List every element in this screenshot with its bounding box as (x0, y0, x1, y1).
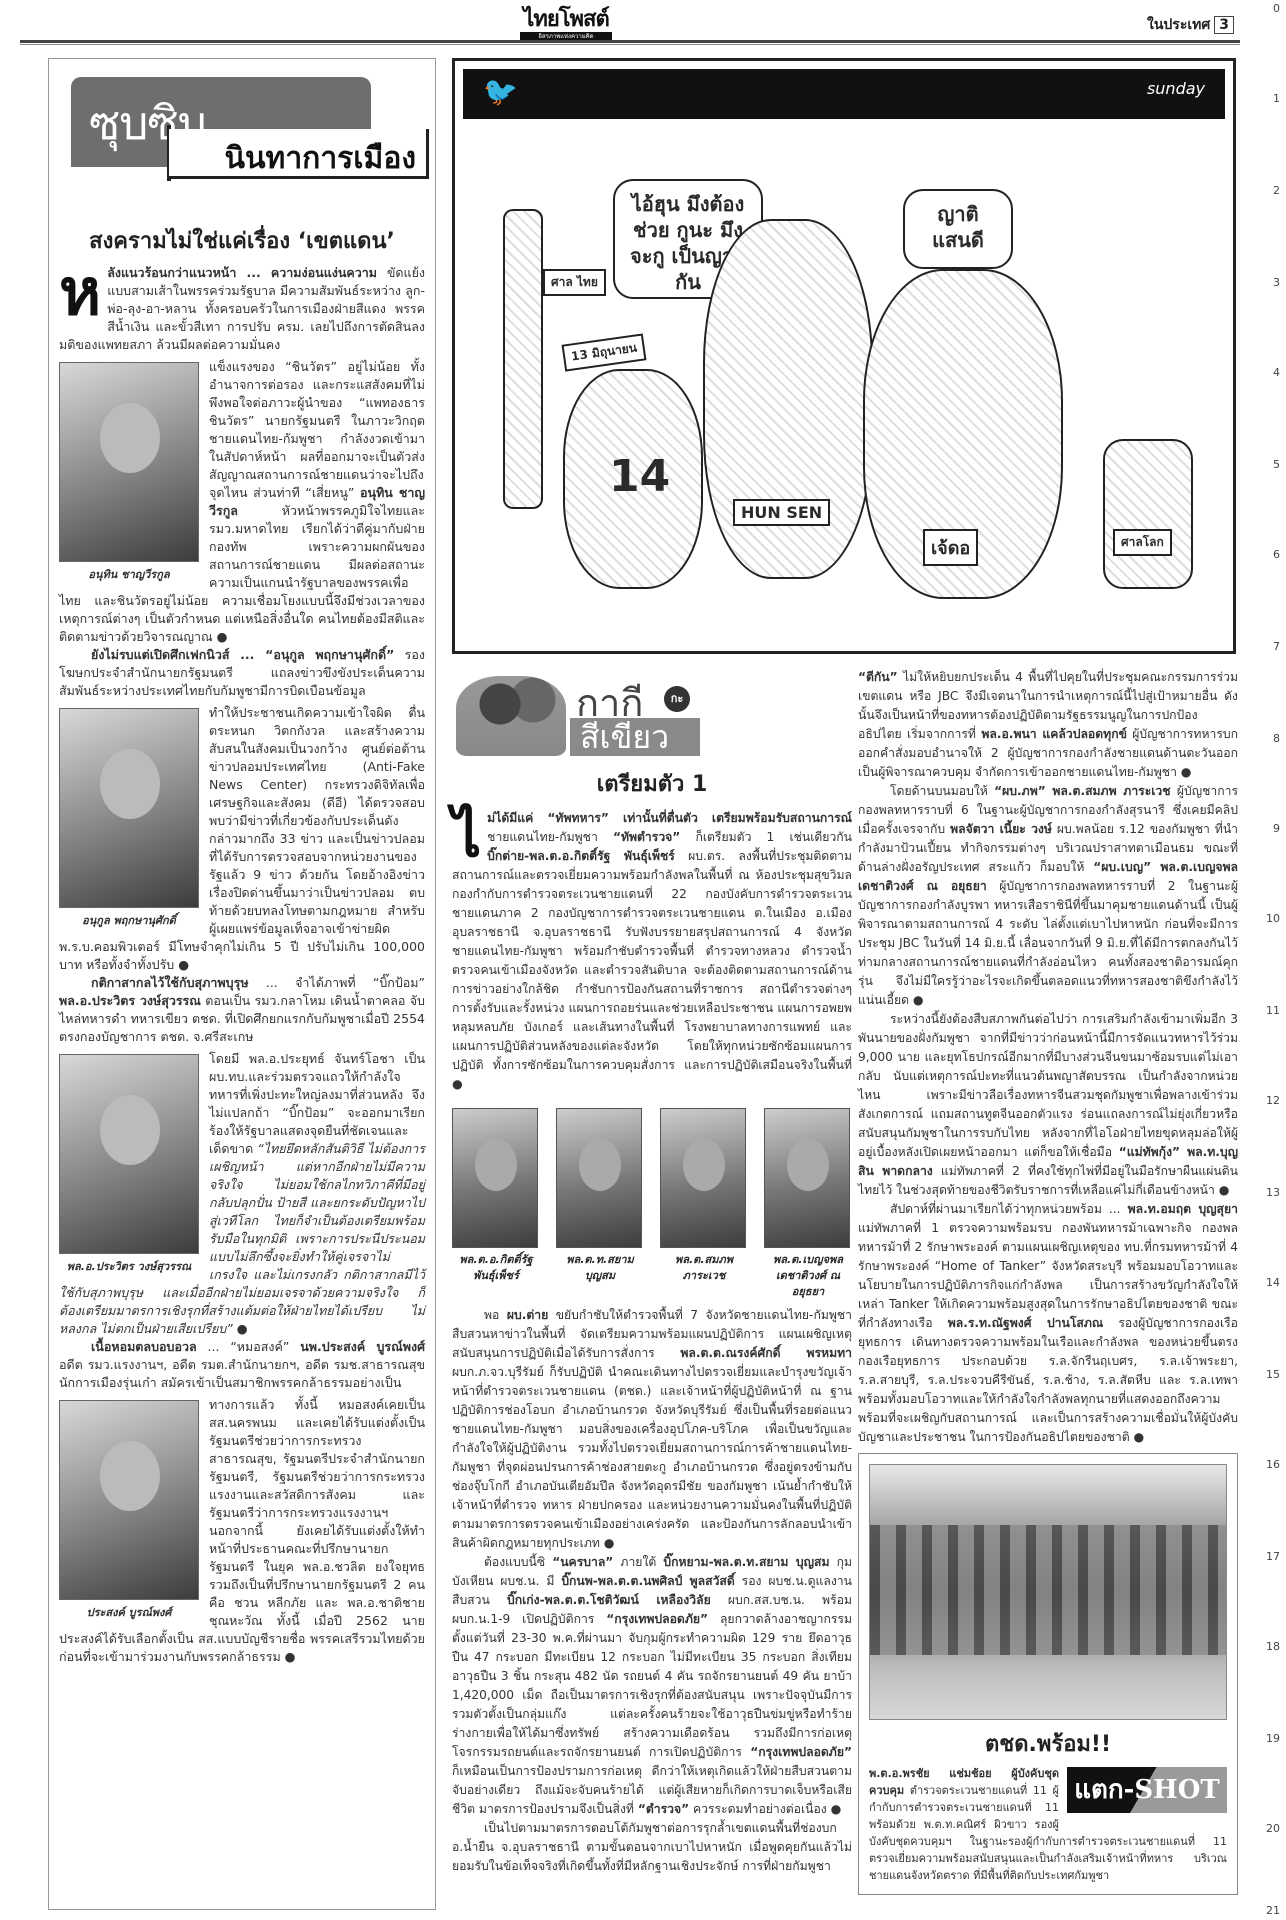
paragraph-text: โดยด้านบนมอบให้ (890, 784, 994, 798)
article-paragraph: อนุทิน ชาญวีรกูล แข็งแรงของ “ชินวัตร” อย… (59, 358, 425, 646)
article-paragraph: สัปดาห์ที่ผ่านมาเรียกได้ว่าทุกหน่วยพร้อม… (858, 1200, 1238, 1447)
sign-thai-court: ศาล ไทย (543, 269, 606, 296)
bold-name: พล.ต.ต.ณรงค์ศักดิ์ พรหมทา (680, 1346, 852, 1360)
soldiers-inspection-photo (869, 1464, 1227, 1720)
speech-bubble-2: ญาติ แสนดี (903, 189, 1013, 269)
bold-name: บิ๊กนพ-พล.ต.ต.นพศิลป์ พูลสวัสดิ์ (561, 1574, 734, 1588)
photo-caption: พล.ต.เบญจพลเดชาติวงศ์ ณ อยุธยา (764, 1252, 852, 1300)
paragraph-lead: ลังแนวร้อนกว่าแนวหน้า ... ความง่อนแง่นคว… (107, 265, 377, 280)
paragraph-text: ... “หมอสงค์” (197, 1339, 301, 1354)
ruler-mark: 2 (1273, 184, 1280, 197)
portrait-image (764, 1108, 850, 1248)
bold-text: “ตำรวจ” (638, 1802, 689, 1816)
bold-name: พล.อ.ประวิตร วงษ์สุวรรณ (59, 993, 201, 1008)
paragraph-text: ลุยกวาดล้างอาชญากรรม ตั้งแต่วันที่ 23-30… (452, 1612, 852, 1759)
ruler-mark: 5 (1273, 458, 1280, 471)
officer-photo: พล.ต.เบญจพลเดชาติวงศ์ ณ อยุธยา (764, 1108, 852, 1300)
bold-name: นพ.ประสงค์ บูรณ์พงศ์ (300, 1339, 425, 1354)
article-paragraph: ไ ม่ได้มีแค่ “ทัพทหาร” เท่านั้นที่ตื่นตั… (452, 809, 852, 1094)
paragraph-lead: ยังไม่รบแต่เปิดศึกเฟกนิวส์ ... “อนุกูล พ… (91, 647, 394, 662)
paragraph-text: ระหว่างนี้ยังต้องสืบสภาพกันต่อไปว่า การเ… (858, 1012, 1238, 1159)
ruler-mark: 7 (1273, 640, 1280, 653)
photo-caption: ประสงค์ บูรณ์พงศ์ (59, 1604, 199, 1622)
logo-name: ไทยโพสต์ (520, 8, 612, 32)
label-hun-sen: HUN SEN (733, 499, 830, 526)
masthead: ไทยโพสต์ อิสรภาพแห่งความคิด ในประเทศ 3 (0, 0, 1240, 48)
ruler-mark: 3 (1273, 276, 1280, 289)
bold-name: ผบ.ต่าย (507, 1308, 548, 1322)
dropcap: ห (59, 264, 101, 322)
paragraph-text: แข็งแรงของ “ชินวัตร” อยู่ไม่น้อย ทั้งอำน… (209, 359, 425, 500)
dropcap: ไ (452, 809, 481, 863)
gossip-column: ซุบซิบการบ้าน นินทาการเมือง สงครามไม่ใช่… (48, 58, 436, 1910)
photo-prawit: พล.อ.ประวิตร วงษ์สุวรรณ (59, 1054, 199, 1276)
paragraph-text: ควรระดมทำอย่างต่อเนื่อง ● (689, 1802, 841, 1816)
ruler-mark: 19 (1266, 1732, 1280, 1745)
photo-caption: พล.ต.สมภพภาระเวช (660, 1252, 748, 1284)
portrait-image (452, 1108, 538, 1248)
article-paragraph: ห ลังแนวร้อนกว่าแนวหน้า ... ความง่อนแง่น… (59, 264, 425, 354)
ruler-mark: 15 (1266, 1368, 1280, 1381)
ruler-mark: 13 (1266, 1186, 1280, 1199)
article-paragraph: “ตีกัน” ไม่ให้หยิบยกประเด็น 4 พื้นที่ไปค… (858, 668, 1238, 782)
paragraph-lead: เนื้อหอมตลบอบอวล (91, 1339, 197, 1354)
section-name: ในประเทศ (1147, 14, 1210, 36)
section-label: ในประเทศ 3 (1147, 14, 1234, 36)
bold-text: “ทัพตำรวจ” (613, 830, 680, 844)
article-paragraph: พล.อ.ประวิตร วงษ์สุวรรณ โดยมี พล.อ.ประยุ… (59, 1050, 425, 1338)
ruler-mark: 16 (1266, 1458, 1280, 1471)
ruler-mark: 4 (1273, 366, 1280, 379)
bird-mascot-icon: 🐦 (483, 75, 518, 108)
ruler-mark: 21 (1266, 1904, 1280, 1917)
photo-caption: พล.ต.อ.กิตติ์รัฐพันธุ์เพ็ชร์ (452, 1252, 540, 1284)
jersey-number: 14 (603, 449, 676, 504)
paragraph-end: ● (233, 1321, 248, 1336)
label-world-court: ศาลโลก (1113, 529, 1172, 556)
photo-anukool: อนุกูล พฤกษานุศักดิ์ (59, 708, 199, 930)
paragraph-text: ต้องแบบนี้ซิ (484, 1555, 552, 1569)
paragraph-text: รองผู้บัญชาการกองเรือยุทธการ เดินทางตรวจ… (858, 1316, 1238, 1444)
ruler-mark: 9 (1273, 822, 1280, 835)
article-paragraph: เนื้อหอมตลบอบอวล ... “หมอสงค์” นพ.ประสงค… (59, 1338, 425, 1392)
sign-date: 13 มิถุนายน (562, 333, 647, 371)
soldiers-icon (456, 676, 566, 756)
article-paragraph: ระหว่างนี้ยังต้องสืบสภาพกันต่อไปว่า การเ… (858, 1010, 1238, 1200)
photo-caption: พล.อ.ประวิตร วงษ์สุวรรณ (59, 1258, 199, 1276)
photo-prasong: ประสงค์ บูรณ์พงศ์ (59, 1400, 199, 1622)
bold-name: พลจัตวา เนี้ยะ วงษ์ (950, 822, 1052, 836)
header-rule (20, 40, 1240, 43)
khaki-green-column-continued: “ตีกัน” ไม่ให้หยิบยกประเด็น 4 พื้นที่ไปค… (858, 668, 1238, 1895)
photo-caption: อนุทิน ชาญวีรกูล (59, 566, 199, 584)
ruler-mark: 14 (1266, 1276, 1280, 1289)
paragraph-text: ... จำได้ภาพที่ “บิ๊กป้อม” (249, 975, 425, 990)
officer-photo: พล.ต.อ.กิตติ์รัฐพันธุ์เพ็ชร์ (452, 1108, 540, 1300)
bold-text: “ตีกัน” (858, 670, 898, 684)
photo-anutin: อนุทิน ชาญวีรกูล (59, 362, 199, 584)
sunday-mark: sunday (1147, 79, 1205, 98)
banner-title-bottom: นินทาการเมือง (169, 129, 429, 179)
ruler-mark: 1 (1273, 92, 1280, 105)
feature-caption: แตก-SHOT พ.ต.อ.พรชัย แช่มช้อย ผู้บังคับช… (869, 1765, 1227, 1884)
ruler-mark: 8 (1273, 732, 1280, 745)
page-number: 3 (1214, 16, 1234, 34)
bold-text: “กรุงเทพปลอดภัย” (606, 1612, 708, 1626)
bold-name: บิ๊กหยาม-พล.ต.ท.สยาม บุญสม (663, 1555, 829, 1569)
paragraph-text: ภายใต้ (613, 1555, 663, 1569)
banner-title-bottom: สีเขียว (570, 718, 700, 756)
bold-name: “ผบ.ภพ” พล.ต.สมภพ ภาระเวช (994, 784, 1170, 798)
bold-text: “กรุงเทพปลอดภัย” (750, 1745, 852, 1759)
portrait-image (59, 1054, 199, 1254)
cartoon-artwork: ศาล ไทย 13 มิถุนายน ไอ้ฮุน มึงต้องช่วย ก… (463, 119, 1225, 629)
paragraph-text: พอ (484, 1308, 507, 1322)
portrait-image (660, 1108, 746, 1248)
bold-name: บิ๊กเก่ง-พล.ต.ต.โชติวัฒน์ เหลืองวิลัย (507, 1593, 711, 1607)
article-paragraph: กติกาสากลไว้ใช้กับสุภาพบุรุษ ... จำได้ภา… (59, 974, 425, 1046)
ruler-mark: 6 (1273, 548, 1280, 561)
paragraph-text: เป็นไปตามมาตรการตอบโต้กัมพูชาต่อการรุกล้… (452, 1821, 852, 1873)
paragraph-text: ชายแดนไทย-กัมพูชา (487, 830, 613, 844)
bold-name: บิ๊กต่าย-พล.ต.อ.กิตติ์รัฐ พันธุ์เพ็ชร์ (487, 849, 675, 863)
ruler-mark: 17 (1266, 1550, 1280, 1563)
portrait-image (556, 1108, 642, 1248)
photo-caption: อนุกูล พฤกษานุศักดิ์ (59, 912, 199, 930)
banner-badge: กะ (664, 686, 690, 712)
bold-name: พล.ท.อมฤต บุญสุยา (1128, 1202, 1238, 1216)
officer-photo: พล.ต.สมภพภาระเวช (660, 1108, 748, 1300)
editorial-cartoon: 🐦 sunday ศาล ไทย 13 มิถุนายน ไอ้ฮุน มึงต… (452, 58, 1236, 654)
officer-photos: พล.ต.อ.กิตติ์รัฐพันธุ์เพ็ชร์ พล.ต.ท.สยาม… (452, 1108, 852, 1300)
paragraph-lead: กติกาสากลไว้ใช้กับสุภาพบุรุษ (91, 975, 249, 990)
column-banner: ซุบซิบการบ้าน นินทาการเมือง (59, 69, 425, 219)
khaki-green-column: กากี กะ สีเขียว เตรียมตัว 1 ไ ม่ได้มีแค่… (452, 668, 852, 1876)
portrait-image (59, 708, 199, 908)
paragraph-lead: ม่ได้มีแค่ “ทัพทหาร” เท่านั้นที่ตื่นตัว … (487, 811, 852, 825)
ruler-mark: 11 (1266, 1004, 1280, 1017)
officer-photo: พล.ต.ท.สยามบุญสม (556, 1108, 644, 1300)
column-banner: กากี กะ สีเขียว (452, 668, 852, 758)
column-headline: เตรียมตัว 1 (452, 766, 852, 801)
cartoon-pole (503, 209, 543, 509)
article-paragraph: เป็นไปตามมาตรการตอบโต้กัมพูชาต่อการรุกล้… (452, 1819, 852, 1876)
article-paragraph: ประสงค์ บูรณ์พงศ์ ทางการแล้ว ทั้งนี้ หมอ… (59, 1396, 425, 1666)
article-paragraph: ต้องแบบนี้ซิ “นครบาล” ภายใต้ บิ๊กหยาม-พล… (452, 1553, 852, 1819)
photo-feature-box: ตชด.พร้อม!! แตก-SHOT พ.ต.อ.พรชัย แช่มช้อ… (858, 1453, 1238, 1895)
taek-shot-logo: แตก-SHOT (1067, 1767, 1227, 1813)
paragraph-text: อดีต รมว.แรงงานฯ, อดีต รมต.สำนักนายกฯ, อ… (59, 1357, 425, 1390)
feature-headline: ตชด.พร้อม!! (869, 1726, 1227, 1761)
paragraph-text: ผบก.ภ.จว.บุรีรัมย์ ก็รับปฏิบัติ นำคณะเดิ… (452, 1365, 852, 1550)
bold-name: พล.อ.พนา แคล้วปลอดทุกข์ (981, 727, 1127, 741)
photo-caption: พล.ต.ท.สยามบุญสม (556, 1252, 644, 1284)
page-ruler: 0 1 2 3 4 5 6 7 8 9 10 11 12 13 14 15 16… (1256, 0, 1286, 1920)
bold-name: พล.ร.ท.ณัฐพงศ์ ปานโสภณ (948, 1316, 1103, 1330)
paragraph-text: สัปดาห์ที่ผ่านมาเรียกได้ว่าทุกหน่วยพร้อม… (890, 1202, 1128, 1216)
ruler-mark: 10 (1266, 912, 1280, 925)
article-paragraph: อนุกูล พฤกษานุศักดิ์ ทำให้ประชาชนเกิดควา… (59, 704, 425, 974)
bold-text: “นครบาล” (552, 1555, 613, 1569)
label-jaedo: เจ้ดอ (923, 529, 978, 566)
paragraph-text: แม่ทัพภาคที่ 1 ตรวจความพร้อมรบ กองพันทหา… (858, 1221, 1238, 1330)
article-paragraph: ยังไม่รบแต่เปิดศึกเฟกนิวส์ ... “อนุกูล พ… (59, 646, 425, 700)
cartoon-header-bar: 🐦 sunday (463, 69, 1225, 119)
ruler-mark: 18 (1266, 1640, 1280, 1653)
ruler-mark: 0 (1273, 2, 1280, 15)
portrait-image (59, 362, 199, 562)
paragraph-text: ผบ.ตร. ลงพื้นที่ประชุมติดตามสถานการณ์และ… (452, 849, 852, 1091)
portrait-image (59, 1400, 199, 1600)
cartoon-world-court-urn (1103, 439, 1193, 589)
ruler-mark: 20 (1266, 1822, 1280, 1835)
article-paragraph: โดยด้านบนมอบให้ “ผบ.ภพ” พล.ต.สมภพ ภาระเว… (858, 782, 1238, 1010)
newspaper-logo: ไทยโพสต์ อิสรภาพแห่งความคิด (520, 8, 612, 42)
paragraph-text: ก็เตรียมตัว 1 เช่นเดียวกัน (680, 830, 852, 844)
ruler-mark: 12 (1266, 1094, 1280, 1107)
article-paragraph: พอ ผบ.ต่าย ขยับกำชับให้ตำรวจพื้นที่ 7 จั… (452, 1306, 852, 1553)
paragraph-text: ผู้บัญชาการกองพลทหารราบที่ 2 ในฐานะผู้บั… (858, 879, 1238, 1007)
header-rule-thin (20, 44, 1240, 45)
